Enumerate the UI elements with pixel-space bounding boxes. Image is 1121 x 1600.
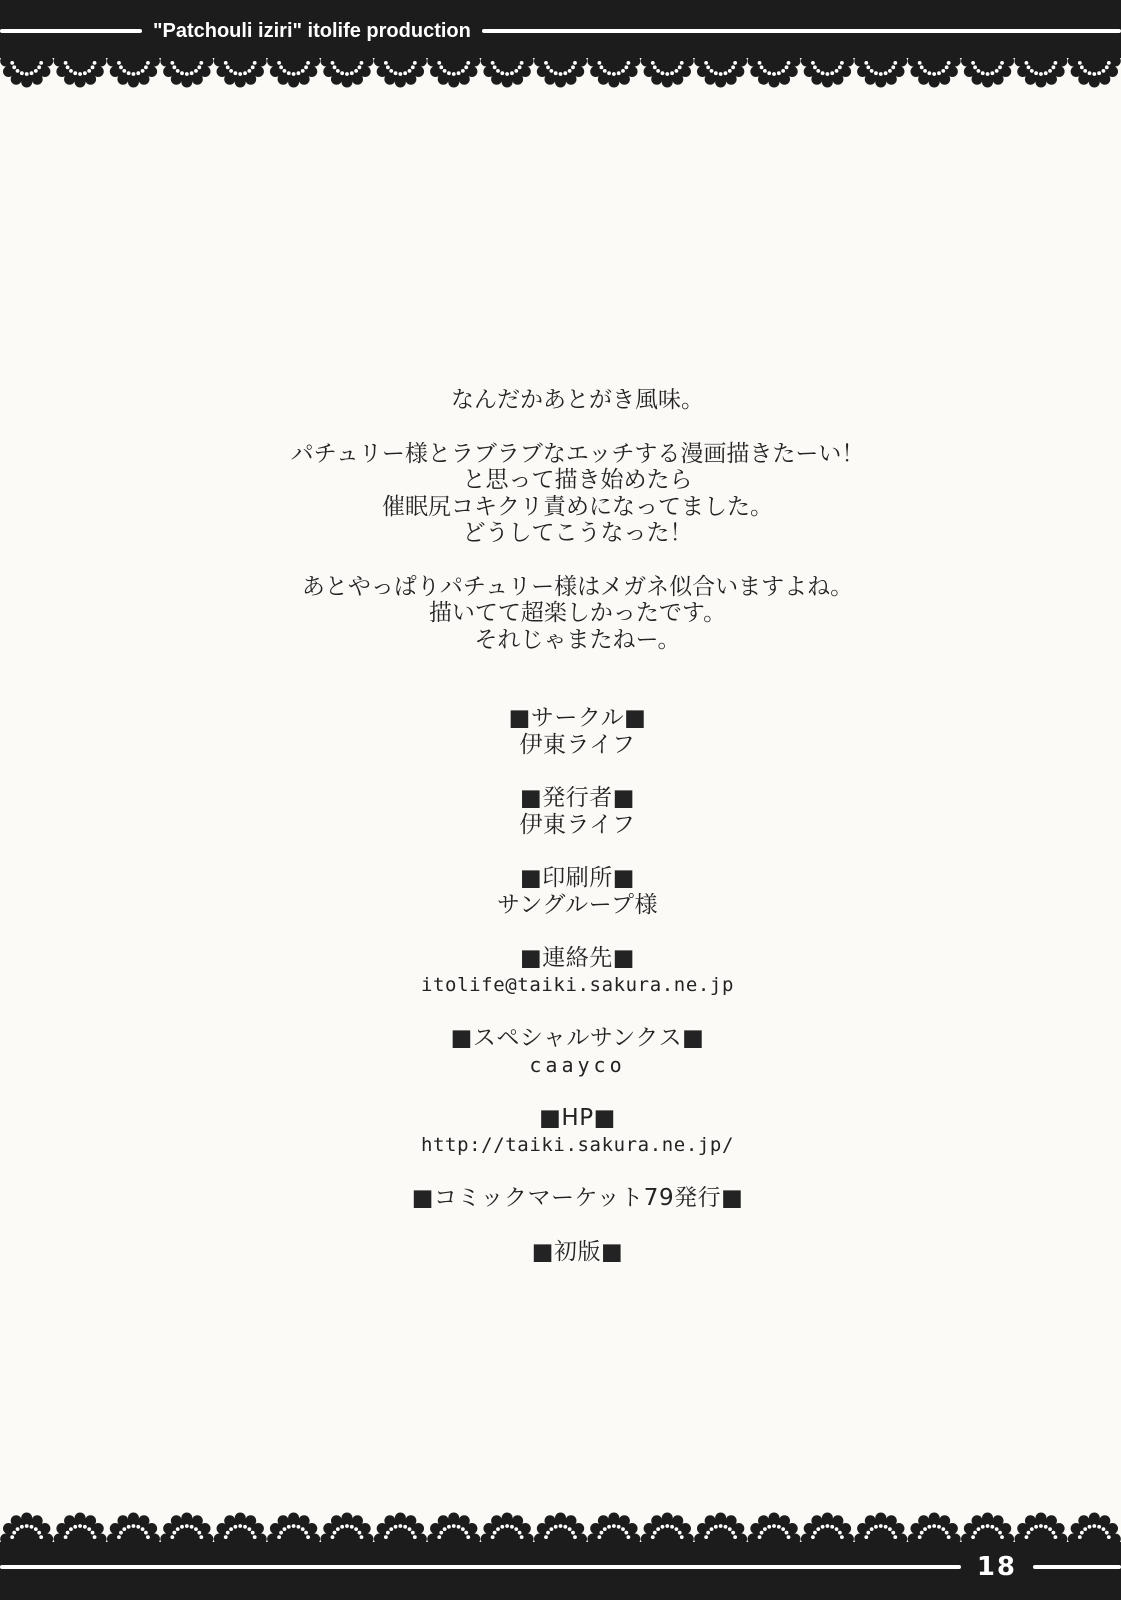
- afterword-line: それじゃまたねー。: [474, 627, 680, 653]
- afterword-line: どうしてこうなった！: [463, 520, 693, 546]
- credit-label: ■連絡先■: [17, 945, 1121, 972]
- afterword-paragraph: あとやっぱりパチュリー様はメガネ似合いますよね。 描いてて超楽しかったです。 そ…: [17, 574, 1121, 654]
- homepage-url: http://taiki.sakura.ne.jp/: [17, 1132, 1121, 1159]
- credit-value: caayco: [17, 1052, 1121, 1079]
- credit-publisher: ■発行者■ 伊東ライフ: [17, 785, 1121, 838]
- afterword-paragraph: なんだかあとがき風味。: [17, 387, 1121, 414]
- footer-rule-right: [1033, 1565, 1121, 1569]
- footer-row: 18: [0, 1553, 1121, 1581]
- afterword-line: と思って描き始めたら: [463, 467, 693, 493]
- header-rule-right: [482, 29, 1121, 33]
- credit-circle: ■サークル■ 伊東ライフ: [17, 705, 1121, 758]
- footer-rule-left: [0, 1565, 961, 1569]
- scanned-page: "Patchouli iziri" itolife production なんだ…: [0, 0, 1121, 1600]
- credit-value: サングループ様: [17, 892, 1121, 919]
- credit-special-thanks: ■スペシャルサンクス■ caayco: [17, 1025, 1121, 1078]
- credits-list: ■サークル■ 伊東ライフ ■発行者■ 伊東ライフ ■印刷所■ サングループ様 ■…: [17, 705, 1121, 1265]
- afterword-line: 描いてて超楽しかったです。: [429, 600, 726, 626]
- bottom-border: 18: [0, 1508, 1121, 1600]
- afterword-line: パチュリー様とラブラブなエッチする漫画描きたーい！: [291, 441, 865, 467]
- credit-label: ■発行者■: [17, 785, 1121, 812]
- credit-edition: ■初版■: [17, 1239, 1121, 1266]
- credit-label: ■スペシャルサンクス■: [17, 1025, 1121, 1052]
- credit-label: ■コミックマーケット79発行■: [17, 1185, 1121, 1212]
- credit-label: ■初版■: [17, 1239, 1121, 1266]
- afterword-line: 催眠尻コキクリ責めになってました。: [382, 494, 773, 520]
- header-row: "Patchouli iziri" itolife production: [0, 8, 1121, 54]
- content-column: なんだかあとがき風味。 パチュリー様とラブラブなエッチする漫画描きたーい！ と思…: [17, 0, 1121, 1265]
- credit-label: ■印刷所■: [17, 865, 1121, 892]
- credit-contact: ■連絡先■ itolife@taiki.sakura.ne.jp: [17, 945, 1121, 998]
- credit-hp: ■HP■ http://taiki.sakura.ne.jp/: [17, 1105, 1121, 1158]
- afterword-paragraph: パチュリー様とラブラブなエッチする漫画描きたーい！ と思って描き始めたら 催眠尻…: [17, 441, 1121, 547]
- header-rule-left: [0, 29, 142, 33]
- afterword-line: なんだかあとがき風味。: [451, 387, 704, 413]
- credit-event: ■コミックマーケット79発行■: [17, 1185, 1121, 1212]
- afterword-text: なんだかあとがき風味。 パチュリー様とラブラブなエッチする漫画描きたーい！ と思…: [17, 387, 1121, 653]
- credit-printer: ■印刷所■ サングループ様: [17, 865, 1121, 918]
- afterword-line: あとやっぱりパチュリー様はメガネ似合いますよね。: [302, 574, 853, 600]
- credit-value: 伊東ライフ: [17, 732, 1121, 759]
- page-number: 18: [961, 1552, 1033, 1582]
- credit-value: 伊東ライフ: [17, 812, 1121, 839]
- credit-label: ■サークル■: [17, 705, 1121, 732]
- credit-label: ■HP■: [17, 1105, 1121, 1132]
- page-title: "Patchouli iziri" itolife production: [142, 20, 482, 43]
- contact-email: itolife@taiki.sakura.ne.jp: [17, 972, 1121, 999]
